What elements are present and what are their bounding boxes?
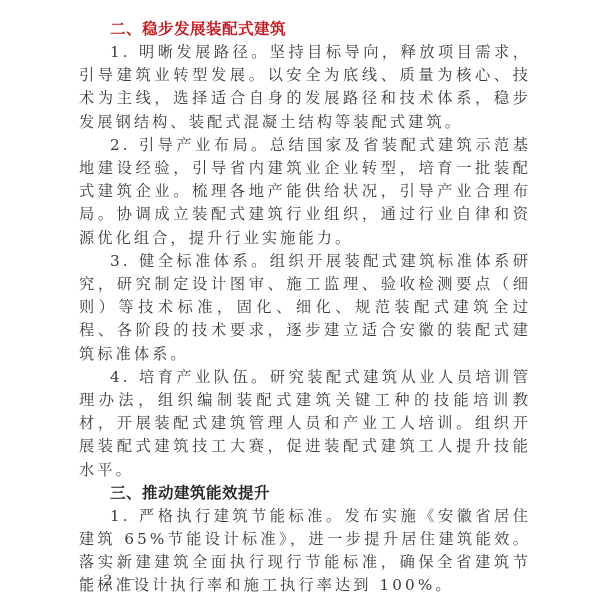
section-heading-prefab-construction: 二、稳步发展装配式建筑 [79,18,531,41]
paragraph-development-path: 1. 明晰发展路径。坚持目标导向，释放项目需求，引导建筑业转型发展。以安全为底线… [79,41,531,134]
document-page: 二、稳步发展装配式建筑 1. 明晰发展路径。坚持目标导向，释放项目需求，引导建筑… [79,18,531,598]
paragraph-energy-standards: 1. 严格执行建筑节能标准。发布实施《安徽省居住建筑 65%节能设计标准》，进一… [79,505,531,598]
paragraph-industry-layout: 2. 引导产业布局。总结国家及省装配式建筑示范基地建设经验，引导省内建筑业企业转… [79,134,531,250]
section-heading-energy-efficiency: 三、推动建筑能效提升 [79,482,531,505]
page-number: － 2 － [79,570,140,590]
paragraph-industry-workforce: 4. 培育产业队伍。研究装配式建筑从业人员培训管理办法，组织编制装配式建筑关键工… [79,366,531,482]
paragraph-standards-system: 3. 健全标准体系。组织开展装配式建筑标准体系研究，研究制定设计图审、施工监理、… [79,250,531,366]
